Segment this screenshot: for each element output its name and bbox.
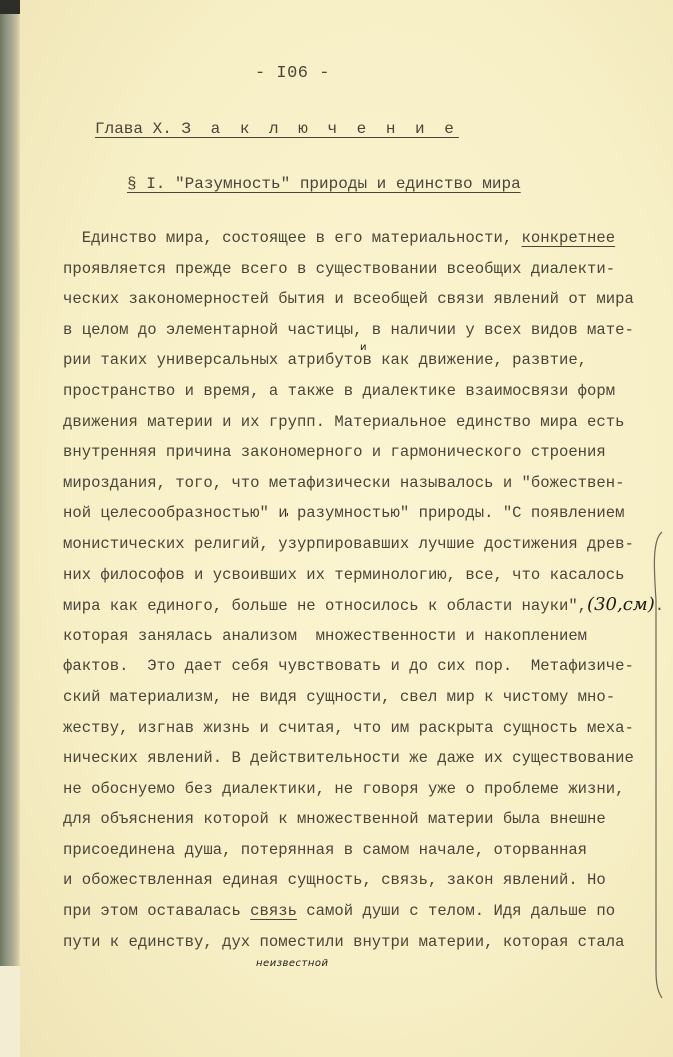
line-text: присоединена душа, потерянная в самом на…: [63, 841, 587, 859]
text-line: и обожествленная единая сущность, связь,…: [63, 865, 663, 896]
text-line: не обоснуемо без диалектики, не говоря у…: [63, 774, 663, 805]
line-text: движения материи и их групп. Материально…: [63, 413, 624, 431]
chapter-heading: Глава X. З а к л ю ч е н и е: [95, 120, 459, 138]
line-text: ский материализм, не видя сущности, свел…: [63, 688, 615, 706]
underlined-word: конкретнее: [522, 229, 616, 247]
text-line: пространство и время, а также в диалекти…: [63, 376, 663, 407]
underlined-word: связь: [250, 902, 297, 920]
handwritten-annotation: неизвестной: [256, 958, 329, 969]
line-text: жеству, изгнав жизнь и считая, что им ра…: [63, 719, 634, 737]
line-text: проявляется прежде всего в существовании…: [63, 260, 615, 278]
handwritten-inserted-quote: ": [284, 511, 289, 524]
text-line: при этом оставалась связь самой души с т…: [63, 896, 663, 927]
line-text: Единство мира, состоящее в его материаль…: [63, 229, 522, 247]
text-line: мироздания, того, что метафизически назы…: [63, 468, 663, 499]
line-text: монистических религий, узурпировавших лу…: [63, 535, 634, 553]
line-text: которая занялась анализом множественност…: [63, 627, 587, 645]
text-line: проявляется прежде всего в существовании…: [63, 254, 663, 285]
text-line: движения материи и их групп. Материально…: [63, 407, 663, 438]
body-paragraph: Единство мира, состоящее в его материаль…: [63, 223, 663, 957]
line-text: ной целесообразностью" и разумностью" пр…: [63, 504, 624, 522]
text-line: жеству, изгнав жизнь и считая, что им ра…: [63, 713, 663, 744]
line-text: и обожествленная единая сущность, связь,…: [63, 871, 606, 889]
text-line: них философов и усвоивших их терминологи…: [63, 560, 663, 591]
line-text: пространство и время, а также в диалекти…: [63, 382, 615, 400]
text-line: внутренняя причина закономерного и гармо…: [63, 437, 663, 468]
line-text: ческих закономерностей бытия и всеобщей …: [63, 290, 634, 308]
line-text: фактов. Это дает себя чувствовать и до с…: [63, 657, 634, 675]
handwritten-reference: (30,см): [587, 594, 655, 615]
text-line: Единство мира, состоящее в его материаль…: [63, 223, 663, 254]
text-line: пути к единству, дух поместили внутри ма…: [63, 927, 663, 958]
text-line: фактов. Это дает себя чувствовать и до с…: [63, 651, 663, 682]
typewritten-page: - I06 - Глава X. З а к л ю ч е н и е § I…: [0, 0, 673, 1057]
chapter-prefix: Глава X.: [95, 120, 181, 138]
line-text: не обоснуемо без диалектики, не говоря у…: [63, 780, 624, 798]
line-text: них философов и усвоивших их терминологи…: [63, 566, 624, 584]
text-line: нических явлений. В действительности же …: [63, 743, 663, 774]
text-line: ский материализм, не видя сущности, свел…: [63, 682, 663, 713]
text-line: для объяснения которой к множественной м…: [63, 804, 663, 835]
line-text: для объяснения которой к множественной м…: [63, 810, 606, 828]
line-text: внутренняя причина закономерного и гармо…: [63, 443, 606, 461]
line-text: пути к единству, дух поместили внутри ма…: [63, 933, 624, 951]
chapter-title: З а к л ю ч е н и е: [181, 120, 458, 138]
line-text: мироздания, того, что метафизически назы…: [63, 474, 624, 492]
text-line: мира как единого, больше не относилось к…: [63, 590, 663, 621]
line-text: нических явлений. В действительности же …: [63, 749, 634, 767]
page-number: - I06 -: [255, 64, 330, 83]
line-text: в целом до элементарной частицы, в налич…: [63, 321, 634, 339]
text-line: монистических религий, узурпировавших лу…: [63, 529, 663, 560]
margin-bracket-mark: [648, 530, 668, 1000]
text-line: присоединена душа, потерянная в самом на…: [63, 835, 663, 866]
line-text: при этом оставалась: [63, 902, 250, 920]
text-line: в целом до элементарной частицы, в налич…: [63, 315, 663, 346]
line-text: мира как единого, больше не относилось к…: [63, 597, 587, 615]
handwritten-insert-letter: и: [360, 342, 367, 353]
text-line: которая занялась анализом множественност…: [63, 621, 663, 652]
section-heading: § I. "Разумность" природы и единство мир…: [127, 175, 521, 193]
text-line: ной целесообразностью" и разумностью" пр…: [63, 498, 663, 529]
line-text: рии таких универсальных атрибутов как дв…: [63, 351, 587, 369]
text-line: ческих закономерностей бытия и всеобщей …: [63, 284, 663, 315]
line-text-tail: самой души с телом. Идя дальше по: [297, 902, 615, 920]
